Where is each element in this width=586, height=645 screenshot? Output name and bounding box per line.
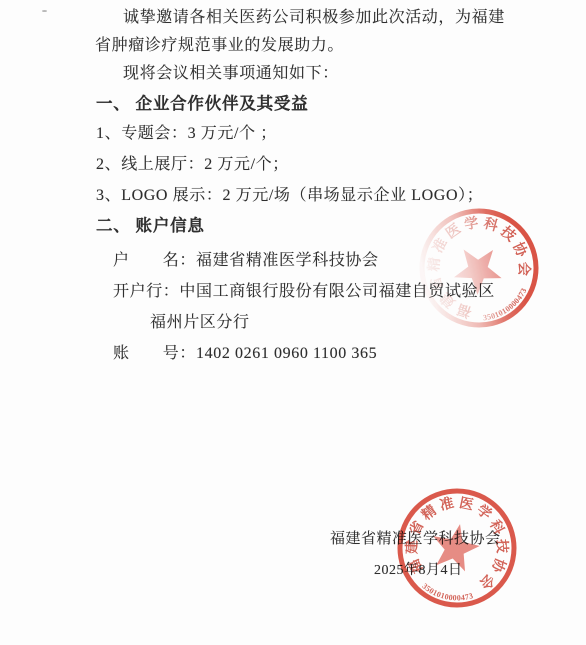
svg-text:3: 3 [420,582,429,591]
paragraph-line: 诚挚邀请各相关医药公司积极参加此次活动，为福建 [123,8,505,27]
account-number-line: 账 号：1402 0261 0960 1100 365 [113,344,377,363]
svg-text:0: 0 [490,311,496,321]
svg-text:0: 0 [444,592,450,602]
svg-text:会: 会 [515,262,532,276]
paragraph-line: 现将会议相关事项通知如下： [123,64,339,83]
svg-text:0: 0 [503,304,511,314]
section-heading-2: 二、 账户信息 [96,216,205,235]
svg-text:1: 1 [439,591,445,601]
svg-text:7: 7 [517,290,527,298]
svg-text:会: 会 [476,570,498,592]
list-item-1: 1、专题会：3 万元/个 ； [96,124,277,143]
svg-text:5: 5 [424,584,432,594]
svg-text:0: 0 [452,593,456,602]
svg-text:学: 学 [463,214,480,233]
svg-text:准: 准 [438,494,456,514]
signature-org: 福建省精准医学科技协会 [330,530,501,549]
svg-text:精: 精 [418,502,440,524]
svg-text:0: 0 [435,590,442,600]
section-heading-1: 一、 企业合作伙伴及其受益 [96,94,309,113]
scanned-document-page: 诚挚邀请各相关医药公司积极参加此次活动，为福建 省肿瘤诊疗规范事业的发展助力。 … [0,0,586,645]
scan-speck [42,10,47,12]
svg-text:科: 科 [482,215,501,235]
svg-text:0: 0 [507,302,516,311]
svg-text:协: 协 [488,556,509,576]
list-item-3: 3、LOGO 展示：2 万元/场（串场显示企业 LOGO）； [96,186,483,205]
svg-text:技: 技 [497,222,519,245]
svg-text:3: 3 [519,287,529,295]
svg-text:3: 3 [468,591,474,601]
svg-text:医: 医 [458,495,475,514]
svg-text:学: 学 [473,501,494,523]
bank-line: 开户行：中国工商银行股份有限公司福建自贸试验区 [113,282,495,301]
svg-text:3: 3 [483,313,488,322]
account-name-value: 福建省精准医学科技协会 [196,252,379,269]
bank-line-continuation: 福州片区分行 [150,313,250,332]
svg-text:1: 1 [431,588,439,598]
svg-text:福: 福 [455,300,475,321]
svg-text:5: 5 [486,312,492,322]
list-item-2: 2、线上展厅：2 万元/个； [96,155,289,174]
bank-value: 中国工商银行股份有限公司福建自贸试验区 [179,283,494,300]
svg-text:0: 0 [497,308,505,318]
svg-text:精: 精 [425,257,443,272]
signature-date: 2025年8月4日 [374,561,463,580]
official-seal-top-partial: 福建省精准医学科技协会3501010000473 [414,203,544,333]
svg-text:4: 4 [514,293,524,302]
svg-text:0: 0 [509,299,518,308]
svg-text:0: 0 [457,593,461,602]
svg-text:协: 协 [509,240,531,261]
svg-text:0: 0 [448,593,453,602]
svg-text:0: 0 [512,296,521,305]
svg-text:7: 7 [464,592,470,602]
svg-text:医: 医 [443,221,464,242]
bank-label: 开户行： [113,283,179,300]
paragraph-line: 省肿瘤诊疗规范事业的发展助力。 [95,36,344,55]
svg-text:1: 1 [500,306,508,316]
svg-text:准: 准 [429,235,451,256]
svg-text:4: 4 [460,593,465,602]
account-number-value: 1402 0261 0960 1100 365 [196,345,377,362]
account-name-line: 户 名：福建省精准医学科技协会 [113,251,379,270]
account-number-label: 账 号： [113,345,196,362]
svg-text:1: 1 [493,310,500,320]
account-name-label: 户 名： [113,252,196,269]
svg-text:0: 0 [427,586,435,596]
